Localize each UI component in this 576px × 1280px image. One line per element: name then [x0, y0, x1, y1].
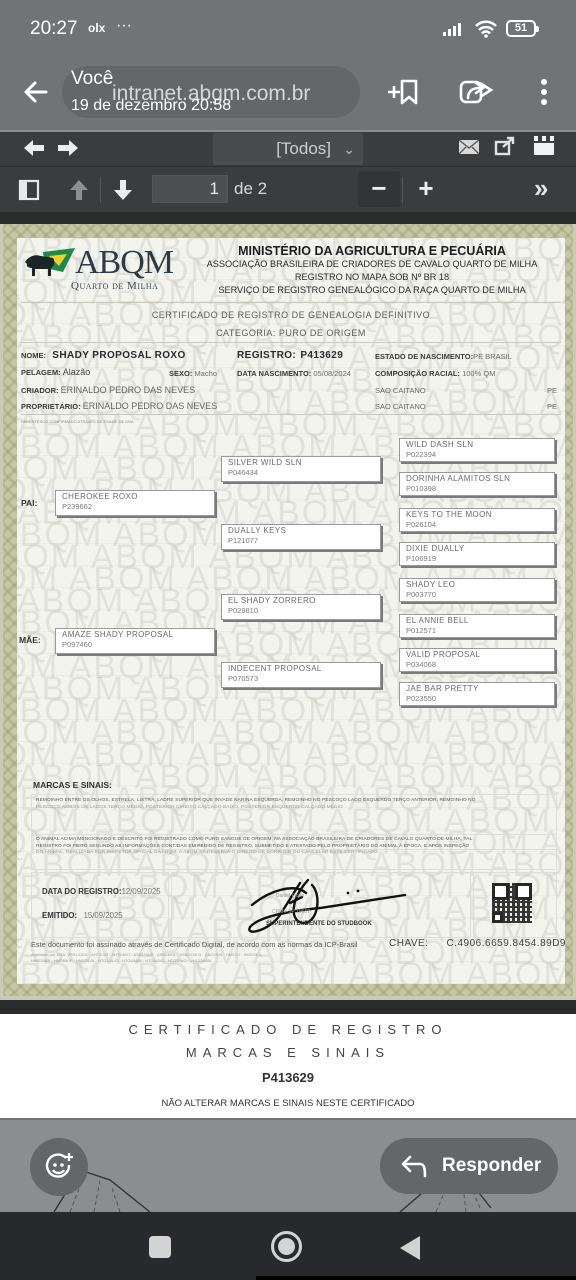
signal-icon: [442, 22, 468, 36]
signature-box: Daniel Fiorio CRMV-SP 19667 SUPERINTENDE…: [171, 872, 471, 938]
signer-name: Daniel Fiorio: [276, 893, 304, 899]
zoom-out-button[interactable]: −: [358, 171, 400, 207]
great-grandparent-box: SHADY LEOP003770: [399, 578, 555, 602]
birth-state-label: ESTADO DE NASCIMENTO:: [375, 352, 473, 361]
legal-line-3: DO ANIMAL, REALIZADA POR INSPETOR OFICIA…: [36, 850, 552, 857]
pdf-page-gap: [0, 1000, 576, 1014]
chevron-down-icon: ⌄: [343, 133, 355, 165]
filter-select[interactable]: [Todos] ⌄: [213, 133, 363, 165]
horse-registro: P097460: [62, 640, 208, 650]
horse-name: DORINHA ALAMITOS SLN: [406, 474, 548, 484]
great-grandparent-box: JAE BAR PRETTYP023550: [399, 682, 555, 706]
dna-analysis-line-2: HMS7/M/P · HMS6/K/P · HMS7/L/N · HTG10/L…: [31, 958, 371, 964]
page-up-icon[interactable]: [68, 178, 90, 202]
great-grandparent-box: DORINHA ALAMITOS SLNP010398: [399, 472, 555, 496]
grandparent-box: EL SHADY ZORREROP029810: [221, 594, 381, 620]
reply-icon: [400, 1154, 428, 1178]
dna-analysis: Analisado por DNA: VRS1/1202 · AHT4/3/3 …: [31, 952, 371, 964]
great-grandparent-box: WILD DASH SLNP022394: [399, 438, 555, 462]
registro-row: REGISTRO: P413629: [237, 350, 343, 361]
horse-registro: P012571: [406, 626, 548, 636]
bottom-action-area: Responder: [0, 1118, 576, 1212]
reply-button[interactable]: Responder: [380, 1138, 558, 1194]
horse-registro: P121077: [228, 536, 374, 546]
registro-label: REGISTRO:: [237, 350, 296, 361]
open-external-icon[interactable]: [494, 136, 516, 156]
back-triangle-icon[interactable]: [400, 1236, 420, 1260]
sex-value: Macho: [194, 369, 217, 378]
page2-registro: P413629: [0, 1070, 576, 1085]
owner-city: SAO CAITANO: [375, 402, 426, 411]
status-time: 20:27: [30, 18, 78, 40]
marks-title: MARCAS E SINAIS:: [33, 780, 112, 790]
great-grandparent-box: VALID PROPOSALP034068: [399, 648, 555, 672]
marks-line-2: PESCOÇO AMBOS OS LADOS TERÇO MÉDIO, POST…: [36, 805, 552, 812]
divider: [21, 414, 561, 415]
horse-name: DIXIE DUALLY: [406, 544, 548, 554]
more-notifications-icon: ···: [116, 17, 132, 35]
digital-signature-note: Este documento foi assinado através de C…: [31, 940, 358, 949]
horse-registro: P026104: [406, 520, 548, 530]
sex-row: SEXO: Macho: [169, 369, 217, 378]
horse-name: DUALLY KEYS: [228, 526, 374, 536]
key-value: C.4906.6659.8454.89D9: [447, 938, 566, 949]
name-label: NOME:: [21, 351, 46, 360]
legal-box: O ANIMAL ACIMA MENCIONADO E DESCRITO FOI…: [31, 834, 557, 870]
zoom-in-button[interactable]: +: [410, 171, 442, 207]
birth-date-label: DATA NASCIMENTO:: [237, 369, 311, 378]
horse-name: KEYS TO THE MOON: [406, 510, 548, 520]
composition-label: COMPOSIÇÃO RACIAL:: [375, 369, 460, 378]
logo-subtitle: Quarto de Milha: [71, 280, 158, 292]
coat-label: PELAGEM:: [21, 368, 61, 377]
owner-state: PE: [547, 402, 557, 411]
horse-name: JAE BAR PRETTY: [406, 684, 548, 694]
page2-warning: NÃO ALTERAR MARCAS E SINAIS NESTE CERTIF…: [0, 1098, 576, 1109]
screen: 20:27 olx ··· 51 intranet.abgm.com.br Vo…: [0, 0, 576, 1280]
horse-registro: P106919: [406, 554, 548, 564]
add-reaction-button[interactable]: [30, 1138, 88, 1196]
reg-date-label: DATA DO REGISTRO:: [42, 887, 122, 896]
marks-line-1: REMOINHO ENTRE OS OLHOS, ESTRELA, LISTRA…: [36, 798, 552, 805]
owner-value: ERINALDO PEDRO DAS NEVES: [83, 401, 218, 411]
toolbar-divider: [402, 177, 403, 203]
horse-name: SHADY LEO: [406, 580, 548, 590]
wifi-icon: [474, 20, 498, 38]
mail-icon[interactable]: [458, 138, 480, 156]
toolbar-divider: [100, 177, 101, 203]
horse-name: EL ANNIE BELL: [406, 616, 548, 626]
birth-date-value: 05/08/2024: [313, 369, 351, 378]
home-icon[interactable]: [271, 1231, 302, 1262]
animal-name-row: NOME: SHADY PROPOSAL ROXO: [21, 350, 186, 361]
birth-state-value: PE BRASIL: [473, 352, 512, 361]
status-bar: 20:27 olx ··· 51: [0, 0, 576, 60]
birth-state-row: ESTADO DE NASCIMENTO:PE BRASIL: [375, 352, 512, 361]
breeder-row: CRIADOR: ERINALDO PEDRO DAS NEVES: [21, 385, 195, 395]
great-grandparent-box: EL ANNIE BELLP012571: [399, 614, 555, 638]
composition-value: 100% QM: [462, 369, 495, 378]
certificate-body: ABQM ABQM ABQM ABQM ABQM ABQM ABQM ABQM …: [17, 238, 565, 984]
certificate-type: CERTIFICADO DE REGISTRO DE GENEALOGIA DE…: [17, 310, 565, 320]
system-nav-bar: [0, 1212, 576, 1280]
certificate-border: ABQM ABQM ABQM ABQM ABQM ABQM ABQM ABQM …: [3, 224, 573, 996]
breeder-state: PE: [547, 386, 557, 395]
horse-registro: P010398: [406, 484, 548, 494]
service-name: SERVIÇO DE REGISTRO GENEALÓGICO DA RAÇA …: [187, 284, 557, 297]
sidebar-toggle-icon[interactable]: [18, 179, 40, 201]
horse-name: INDECENT PROPOSAL: [228, 664, 374, 674]
back-icon[interactable]: [22, 138, 46, 158]
horse-name: VALID PROPOSAL: [406, 650, 548, 660]
horse-flag-icon: [23, 246, 77, 276]
grandparent-box: SILVER WILD SLNP046434: [221, 456, 381, 482]
qr-code-icon[interactable]: [492, 883, 532, 923]
horse-name: WILD DASH SLN: [406, 440, 548, 450]
recents-icon[interactable]: [149, 1236, 171, 1258]
dam-box: AMAZE SHADY PROPOSALP097460: [55, 628, 215, 654]
forward-icon[interactable]: [56, 138, 80, 158]
birth-date-row: DATA NASCIMENTO: 05/08/2024: [237, 369, 351, 378]
breeder-label: CRIADOR:: [21, 386, 59, 395]
horse-registro: P034068: [406, 660, 548, 670]
page-number-input[interactable]: 1: [152, 175, 228, 203]
more-vert-icon[interactable]: [526, 74, 562, 110]
certificate-header: MINISTÉRIO DA AGRICULTURA E PECUÁRIA ASS…: [187, 244, 557, 297]
battery-icon: 51: [506, 20, 536, 37]
qr-box: [473, 872, 557, 938]
horse-registro: P029810: [228, 606, 374, 616]
registry-number: REGISTRO NO MAPA SOB Nº BR 18: [187, 271, 557, 284]
logo-text: ABQM: [75, 244, 173, 282]
horse-registro: P239662: [62, 502, 208, 512]
abqm-logo: ABQM Quarto de Milha: [23, 244, 163, 294]
owner-row: PROPRIETÁRIO: ERINALDO PEDRO DAS NEVES: [21, 401, 217, 411]
breeder-value: ERINALDO PEDRO DAS NEVES: [61, 385, 196, 395]
divider: [21, 302, 561, 303]
issued-row: EMITIDO: 15/09/2025: [42, 911, 123, 920]
horse-registro: P070573: [228, 674, 374, 684]
add-bookmark-icon[interactable]: [386, 74, 422, 110]
grandparent-box: DUALLY KEYSP121077: [221, 524, 381, 550]
pdf-toolbar-top: [Todos] ⌄: [0, 130, 576, 166]
key-label: CHAVE:: [389, 938, 429, 949]
sire-box: CHEROKEE ROXOP239662: [55, 490, 215, 516]
viewer-header: intranet.abgm.com.br Você 19 de dezembro…: [0, 60, 576, 130]
great-grandparent-box: KEYS TO THE MOONP026104: [399, 508, 555, 532]
sender-date: 19 de dezembro 20:58: [71, 97, 231, 115]
sender-name: Você: [71, 68, 113, 90]
issued-label: EMITIDO:: [42, 911, 77, 920]
signer-crmv: CRMV-SP 19667: [272, 909, 310, 915]
reply-label: Responder: [442, 1155, 541, 1177]
registration-box: DATA DO REGISTRO:12/09/2025 EMITIDO: 15/…: [31, 872, 169, 938]
composition-row: COMPOSIÇÃO RACIAL: 100% QM: [375, 369, 495, 378]
certificate-page-2: CERTIFICADO DE REGISTRO MARCAS E SINAIS …: [0, 1014, 576, 1118]
divider: [21, 342, 561, 343]
registro-value: P413629: [300, 350, 343, 361]
horse-name: AMAZE SHADY PROPOSAL: [62, 630, 208, 640]
grandparent-box: INDECENT PROPOSALP070573: [221, 662, 381, 688]
page2-subtitle: MARCAS E SINAIS: [0, 1045, 576, 1060]
more-tools-icon[interactable]: »: [534, 173, 548, 204]
coat-row: PELAGEM: Alazão: [21, 367, 90, 377]
animal-name: SHADY PROPOSAL ROXO: [52, 350, 185, 361]
horse-registro: P022394: [406, 450, 548, 460]
horse-registro: P023550: [406, 694, 548, 704]
horse-name: SILVER WILD SLN: [228, 458, 374, 468]
owner-label: PROPRIETÁRIO:: [21, 402, 81, 411]
page-total: de 2: [234, 179, 267, 199]
page-down-icon[interactable]: [112, 178, 134, 202]
reg-date-value: 12/09/2025: [122, 887, 161, 896]
pdf-toolbar-bottom: 1 de 2 − + »: [0, 166, 576, 212]
pdf-page-gap: [0, 212, 576, 224]
nav-bar-edge: [256, 1276, 576, 1280]
olx-notification-icon: olx: [88, 21, 105, 35]
association-name: ASSOCIAÇÃO BRASILEIRA DE CRIADORES DE CA…: [187, 258, 557, 271]
back-arrow-icon[interactable]: [18, 74, 54, 110]
great-grandparent-box: DIXIE DUALLYP106919: [399, 542, 555, 566]
horse-registro: P046434: [228, 468, 374, 478]
certificate-category: CATEGORIA: PURO DE ORIGEM: [17, 328, 565, 338]
issued-value: 15/09/2025: [84, 911, 123, 920]
reg-date-row: DATA DO REGISTRO:12/09/2025: [42, 887, 161, 896]
clapper-icon[interactable]: [532, 134, 556, 156]
certificate-page: ABQM ABQM ABQM ABQM ABQM ABQM ABQM ABQM …: [0, 224, 576, 1000]
page2-title: CERTIFICADO DE REGISTRO: [0, 1022, 576, 1037]
horse-name: EL SHADY ZORRERO: [228, 596, 374, 606]
horse-name: CHEROKEE ROXO: [62, 492, 208, 502]
ministry-title: MINISTÉRIO DA AGRICULTURA E PECUÁRIA: [187, 244, 557, 258]
dam-label: MÃE:: [19, 635, 41, 645]
dna-note: PARENTESCO CONFIRMADO ATRAVÉS DE EXAME D…: [21, 419, 134, 424]
add-reaction-icon: [44, 1152, 74, 1182]
key-row: CHAVE:C.4906.6659.8454.89D9: [389, 938, 566, 949]
sire-label: PAI:: [21, 498, 37, 508]
signer-role: SUPERINTENDENTE DO STUDBOOK: [266, 921, 372, 927]
sex-label: SEXO:: [169, 369, 192, 378]
filter-select-value: [Todos]: [276, 133, 331, 165]
breeder-city: SAO CAITANO: [375, 386, 426, 395]
share-icon[interactable]: [458, 74, 494, 110]
horse-registro: P003770: [406, 590, 548, 600]
coat-value: Alazão: [63, 367, 91, 377]
